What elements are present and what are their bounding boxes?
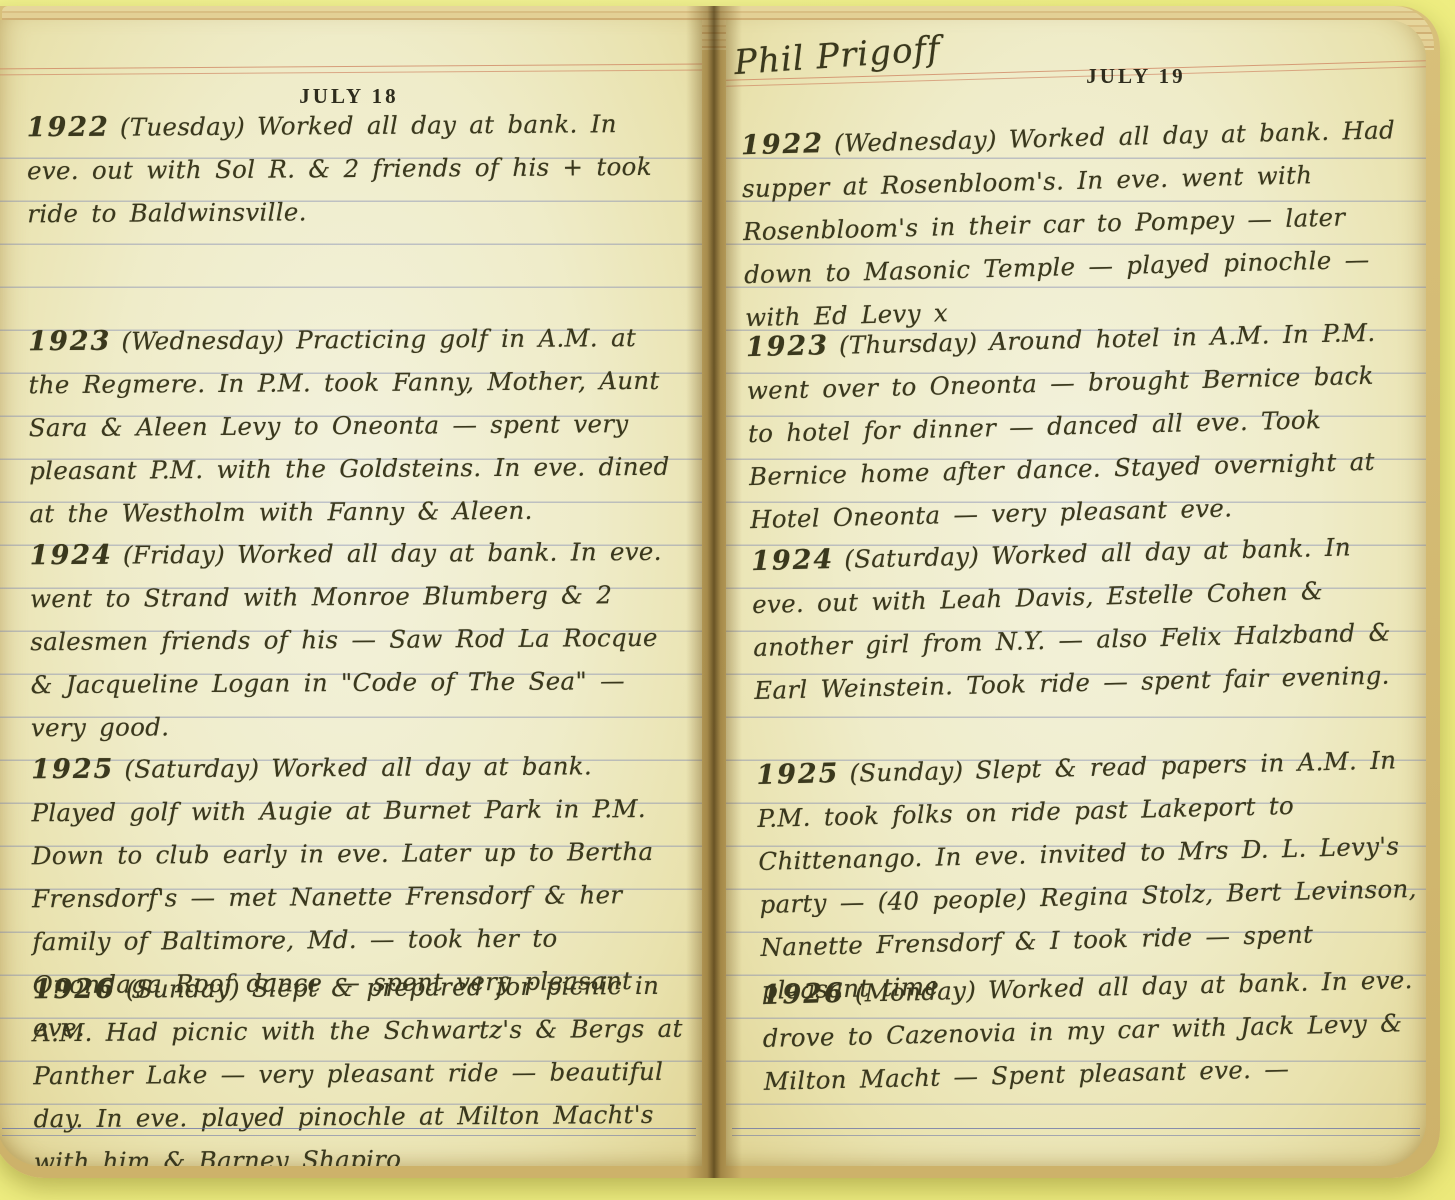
entry-year: 1926 bbox=[761, 978, 845, 1011]
entry-year: 1925 bbox=[31, 754, 114, 786]
entries-right: 1922(Wednesday)Worked all day at bank. H… bbox=[738, 20, 1426, 1166]
diary-page-july-19: JULY 19 Phil Prigoff 1922(Wednesday)Work… bbox=[726, 20, 1426, 1166]
entry-year: 1924 bbox=[30, 540, 113, 572]
entry-weekday: (Monday) bbox=[855, 976, 977, 1008]
entry-weekday: (Wednesday) bbox=[834, 125, 997, 158]
entry-weekday: (Tuesday) bbox=[120, 112, 245, 142]
diary-entry-1924: 1924(Friday)Worked all day at bank. In e… bbox=[30, 530, 683, 750]
entries-left: 1922(Tuesday)Worked all day at bank. In … bbox=[26, 20, 686, 1166]
entry-year: 1923 bbox=[746, 330, 830, 363]
diary-book: JULY 18 1922(Tuesday)Worked all day at b… bbox=[0, 6, 1440, 1178]
entry-year: 1922 bbox=[27, 112, 110, 144]
diary-entry-1922: 1922(Tuesday)Worked all day at bank. In … bbox=[27, 102, 680, 236]
diary-entry-1922: 1922(Wednesday)Worked all day at bank. H… bbox=[740, 108, 1405, 339]
diary-entry-1926: 1926(Monday)Worked all day at bank. In e… bbox=[761, 958, 1424, 1103]
book-gutter-shadow bbox=[686, 6, 742, 1178]
entry-weekday: (Sunday) bbox=[849, 756, 964, 788]
entry-weekday: (Friday) bbox=[123, 540, 225, 570]
diary-entry-1923: 1923(Wednesday)Practicing golf in A.M. a… bbox=[28, 316, 681, 536]
diary-entry-1923: 1923(Thursday)Around hotel in A.M. In P.… bbox=[745, 310, 1410, 541]
entry-weekday: (Sunday) bbox=[126, 974, 240, 1004]
blue-bottom-line bbox=[2, 1128, 696, 1136]
diary-photo: JULY 18 1922(Tuesday)Worked all day at b… bbox=[0, 0, 1455, 1200]
entry-year: 1926 bbox=[33, 974, 116, 1006]
entry-year: 1922 bbox=[741, 128, 825, 161]
blue-bottom-line bbox=[732, 1128, 1420, 1136]
entry-weekday: (Saturday) bbox=[844, 542, 980, 574]
entry-year: 1924 bbox=[751, 544, 835, 577]
diary-entry-1924: 1924(Saturday)Worked all day at bank. In… bbox=[751, 524, 1415, 712]
entry-year: 1923 bbox=[28, 326, 111, 358]
entry-weekday: (Thursday) bbox=[839, 327, 978, 359]
entry-year: 1925 bbox=[756, 758, 840, 791]
entry-weekday: (Wednesday) bbox=[121, 325, 284, 355]
diary-page-july-18: JULY 18 1922(Tuesday)Worked all day at b… bbox=[0, 20, 702, 1166]
entry-weekday: (Saturday) bbox=[124, 754, 259, 784]
